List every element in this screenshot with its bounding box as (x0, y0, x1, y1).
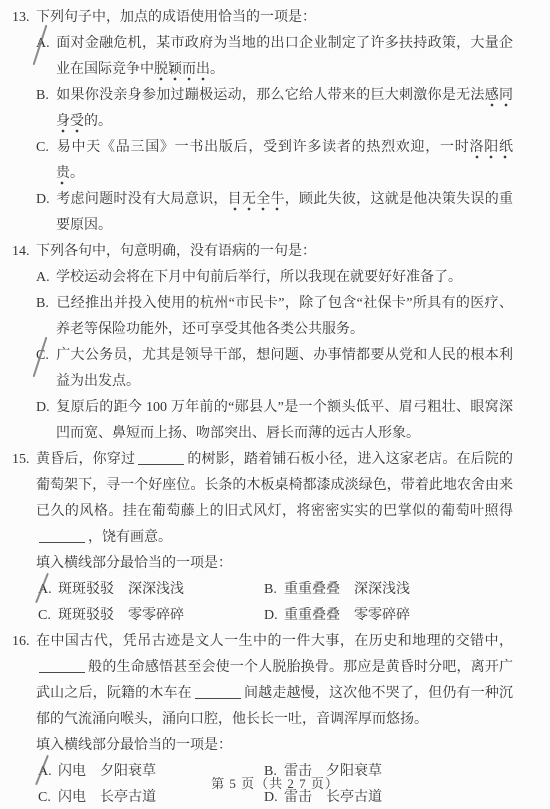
question-block: 14.下列各句中，句意明确，没有语病的一句是：A.学校运动会将在下月中旬前后举行… (0, 239, 550, 447)
option-label: A. (36, 31, 56, 57)
option-label: D. (36, 395, 56, 421)
option-item: C.广大公务员，尤其是领导干部，想问题、办事情都要从党和人民的根本利益为出发点。 (36, 343, 513, 395)
question-stem: 黄昏后，你穿过的树影，踏着铺石板小径，进入这家老店。在后院的葡萄架下，寻一个好座… (36, 447, 513, 551)
text-segment: 面对金融危机，某市政府为当地的出口企业制定了许多扶持政策，大量企业在国际竞争中 (56, 36, 513, 77)
option-item: B.已经推出并投入使用的杭州“市民卡”，除了包含“社保卡”所具有的医疗、养老等保… (36, 291, 513, 343)
option-label: D. (36, 187, 56, 213)
question-prompt: 填入横线部分最恰当的一项是： (36, 733, 513, 759)
text-segment: 学校运动会将在下月中旬前后举行，所以我现在就要好好准备了。 (56, 270, 462, 285)
text-segment: 重重叠叠 零零碎碎 (284, 608, 410, 623)
blank-line (195, 686, 241, 699)
option-label: C. (36, 343, 56, 369)
option-label: A. (38, 577, 58, 603)
text-segment: 。 (70, 166, 84, 181)
option-text: 斑斑驳驳 零零碎碎 (58, 608, 184, 623)
option-label: C. (38, 603, 58, 629)
option-group: A.学校运动会将在下月中旬前后举行，所以我现在就要好好准备了。B.已经推出并投入… (36, 265, 513, 447)
text-segment: 易中天《品三国》一书出版后，受到许多读者的热烈欢迎，一时 (56, 140, 470, 155)
option-text: 学校运动会将在下月中旬前后举行，所以我现在就要好好准备了。 (56, 270, 462, 285)
question-stem: 在中国古代，凭吊古迹是文人一生中的一件大事，在历史和地理的交错中，般的生命感悟甚… (36, 629, 513, 733)
option-text: 重重叠叠 零零碎碎 (284, 608, 410, 623)
text-segment: 下列各句中，句意明确，没有语病的一句是： (36, 244, 316, 259)
text-segment: 考虑问题时没有大局意识， (56, 192, 228, 207)
option-label: A. (36, 265, 56, 291)
option-item: C.易中天《品三国》一书出版后，受到许多读者的热烈欢迎，一时洛阳纸贵。 (36, 135, 513, 187)
emphasized-idiom: 目无全牛 (228, 192, 285, 211)
handwritten-slash-mark (33, 25, 48, 66)
text-segment: 已经推出并投入使用的杭州“市民卡”，除了包含“社保卡”所具有的医疗、养老等保险功… (56, 296, 513, 337)
option-label: B. (36, 83, 56, 109)
option-text: 斑斑驳驳 深深浅浅 (58, 582, 184, 597)
question-block: 15.黄昏后，你穿过的树影，踏着铺石板小径，进入这家老店。在后院的葡萄架下，寻一… (0, 447, 550, 629)
option-item: C.斑斑驳驳 零零碎碎 (36, 603, 262, 629)
text-segment: 在中国古代，凭吊古迹是文人一生中的一件大事，在历史和地理的交错中， (36, 634, 513, 649)
option-item: D.重重叠叠 零零碎碎 (262, 603, 513, 629)
option-item: B.如果你没亲身参加过蹦极运动，那么它给人带来的巨大刺激你是无法感同身受的。 (36, 83, 513, 135)
option-label: B. (264, 577, 284, 603)
option-text: 面对金融危机，某市政府为当地的出口企业制定了许多扶持政策，大量企业在国际竞争中脱… (56, 36, 513, 81)
emphasized-idiom: 脱颖而出 (154, 62, 210, 81)
text-segment: 如果你没亲身参加过蹦极运动，那么它给人带来的巨大刺激你是无法 (56, 88, 485, 103)
question-stem: 下列各句中，句意明确，没有语病的一句是： (36, 239, 513, 265)
exam-page: 13.下列句子中，加点的成语使用恰当的一项是：A.面对金融危机，某市政府为当地的… (0, 0, 550, 809)
option-item: D.考虑问题时没有大局意识，目无全牛，顾此失彼，这就是他决策失误的重要原因。 (36, 187, 513, 239)
option-text: 已经推出并投入使用的杭州“市民卡”，除了包含“社保卡”所具有的医疗、养老等保险功… (56, 296, 513, 337)
question-number: 15. (12, 447, 30, 473)
handwritten-slash-mark (33, 337, 48, 378)
option-group: A.斑斑驳驳 深深浅浅B.重重叠叠 深深浅浅C.斑斑驳驳 零零碎碎D.重重叠叠 … (36, 577, 513, 629)
question-number: 13. (12, 5, 30, 31)
text-segment: 黄昏后，你穿过 (36, 452, 135, 467)
question-list: 13.下列句子中，加点的成语使用恰当的一项是：A.面对金融危机，某市政府为当地的… (0, 5, 550, 809)
text-segment: 复原后的距今 100 万年前的“郧县人”是一个额头低平、眉弓粗壮、眼窝深凹而宽、… (56, 400, 513, 441)
question-body: 黄昏后，你穿过的树影，踏着铺石板小径，进入这家老店。在后院的葡萄架下，寻一个好座… (36, 447, 513, 629)
option-text: 复原后的距今 100 万年前的“郧县人”是一个额头低平、眉弓粗壮、眼窝深凹而宽、… (56, 400, 513, 441)
option-item: A.学校运动会将在下月中旬前后举行，所以我现在就要好好准备了。 (36, 265, 513, 291)
option-item: B.重重叠叠 深深浅浅 (262, 577, 513, 603)
option-group: A.面对金融危机，某市政府为当地的出口企业制定了许多扶持政策，大量企业在国际竞争… (36, 31, 513, 239)
option-label: C. (36, 135, 56, 161)
text-segment: 斑斑驳驳 零零碎碎 (58, 608, 184, 623)
text-segment: 。 (210, 62, 224, 77)
page-footer: 第 5 页（共 2 7 页） (0, 771, 550, 797)
text-segment: 广大公务员，尤其是领导干部，想问题、办事情都要从党和人民的根本利益为出发点。 (56, 348, 513, 389)
blank-line (138, 452, 184, 465)
question-stem: 下列句子中，加点的成语使用恰当的一项是： (36, 5, 513, 31)
option-text: 考虑问题时没有大局意识，目无全牛，顾此失彼，这就是他决策失误的重要原因。 (56, 192, 513, 233)
option-item: A.斑斑驳驳 深深浅浅 (36, 577, 262, 603)
blank-line (39, 660, 85, 673)
question-number: 16. (12, 629, 30, 655)
text-segment: 斑斑驳驳 深深浅浅 (58, 582, 184, 597)
question-number: 14. (12, 239, 30, 265)
question-body: 下列各句中，句意明确，没有语病的一句是：A.学校运动会将在下月中旬前后举行，所以… (36, 239, 513, 447)
blank-line (39, 530, 85, 543)
text-segment: 重重叠叠 深深浅浅 (284, 582, 410, 597)
text-segment: 的。 (84, 114, 112, 129)
option-text: 广大公务员，尤其是领导干部，想问题、办事情都要从党和人民的根本利益为出发点。 (56, 348, 513, 389)
option-text: 如果你没亲身参加过蹦极运动，那么它给人带来的巨大刺激你是无法感同身受的。 (56, 88, 513, 133)
text-segment: 下列句子中，加点的成语使用恰当的一项是： (36, 10, 316, 25)
option-text: 重重叠叠 深深浅浅 (284, 582, 410, 597)
text-segment: ，饶有画意。 (88, 530, 172, 545)
footer-page-number: 第 5 页（共 2 7 页） (211, 776, 339, 791)
question-block: 13.下列句子中，加点的成语使用恰当的一项是：A.面对金融危机，某市政府为当地的… (0, 5, 550, 239)
option-item: D.复原后的距今 100 万年前的“郧县人”是一个额头低平、眉弓粗壮、眼窝深凹而… (36, 395, 513, 447)
option-text: 易中天《品三国》一书出版后，受到许多读者的热烈欢迎，一时洛阳纸贵。 (56, 140, 513, 185)
option-item: A.面对金融危机，某市政府为当地的出口企业制定了许多扶持政策，大量企业在国际竞争… (36, 31, 513, 83)
question-body: 下列句子中，加点的成语使用恰当的一项是：A.面对金融危机，某市政府为当地的出口企… (36, 5, 513, 239)
question-prompt: 填入横线部分最恰当的一项是： (36, 551, 513, 577)
handwritten-slash-mark (35, 573, 49, 603)
option-label: D. (264, 603, 284, 629)
option-label: B. (36, 291, 56, 317)
